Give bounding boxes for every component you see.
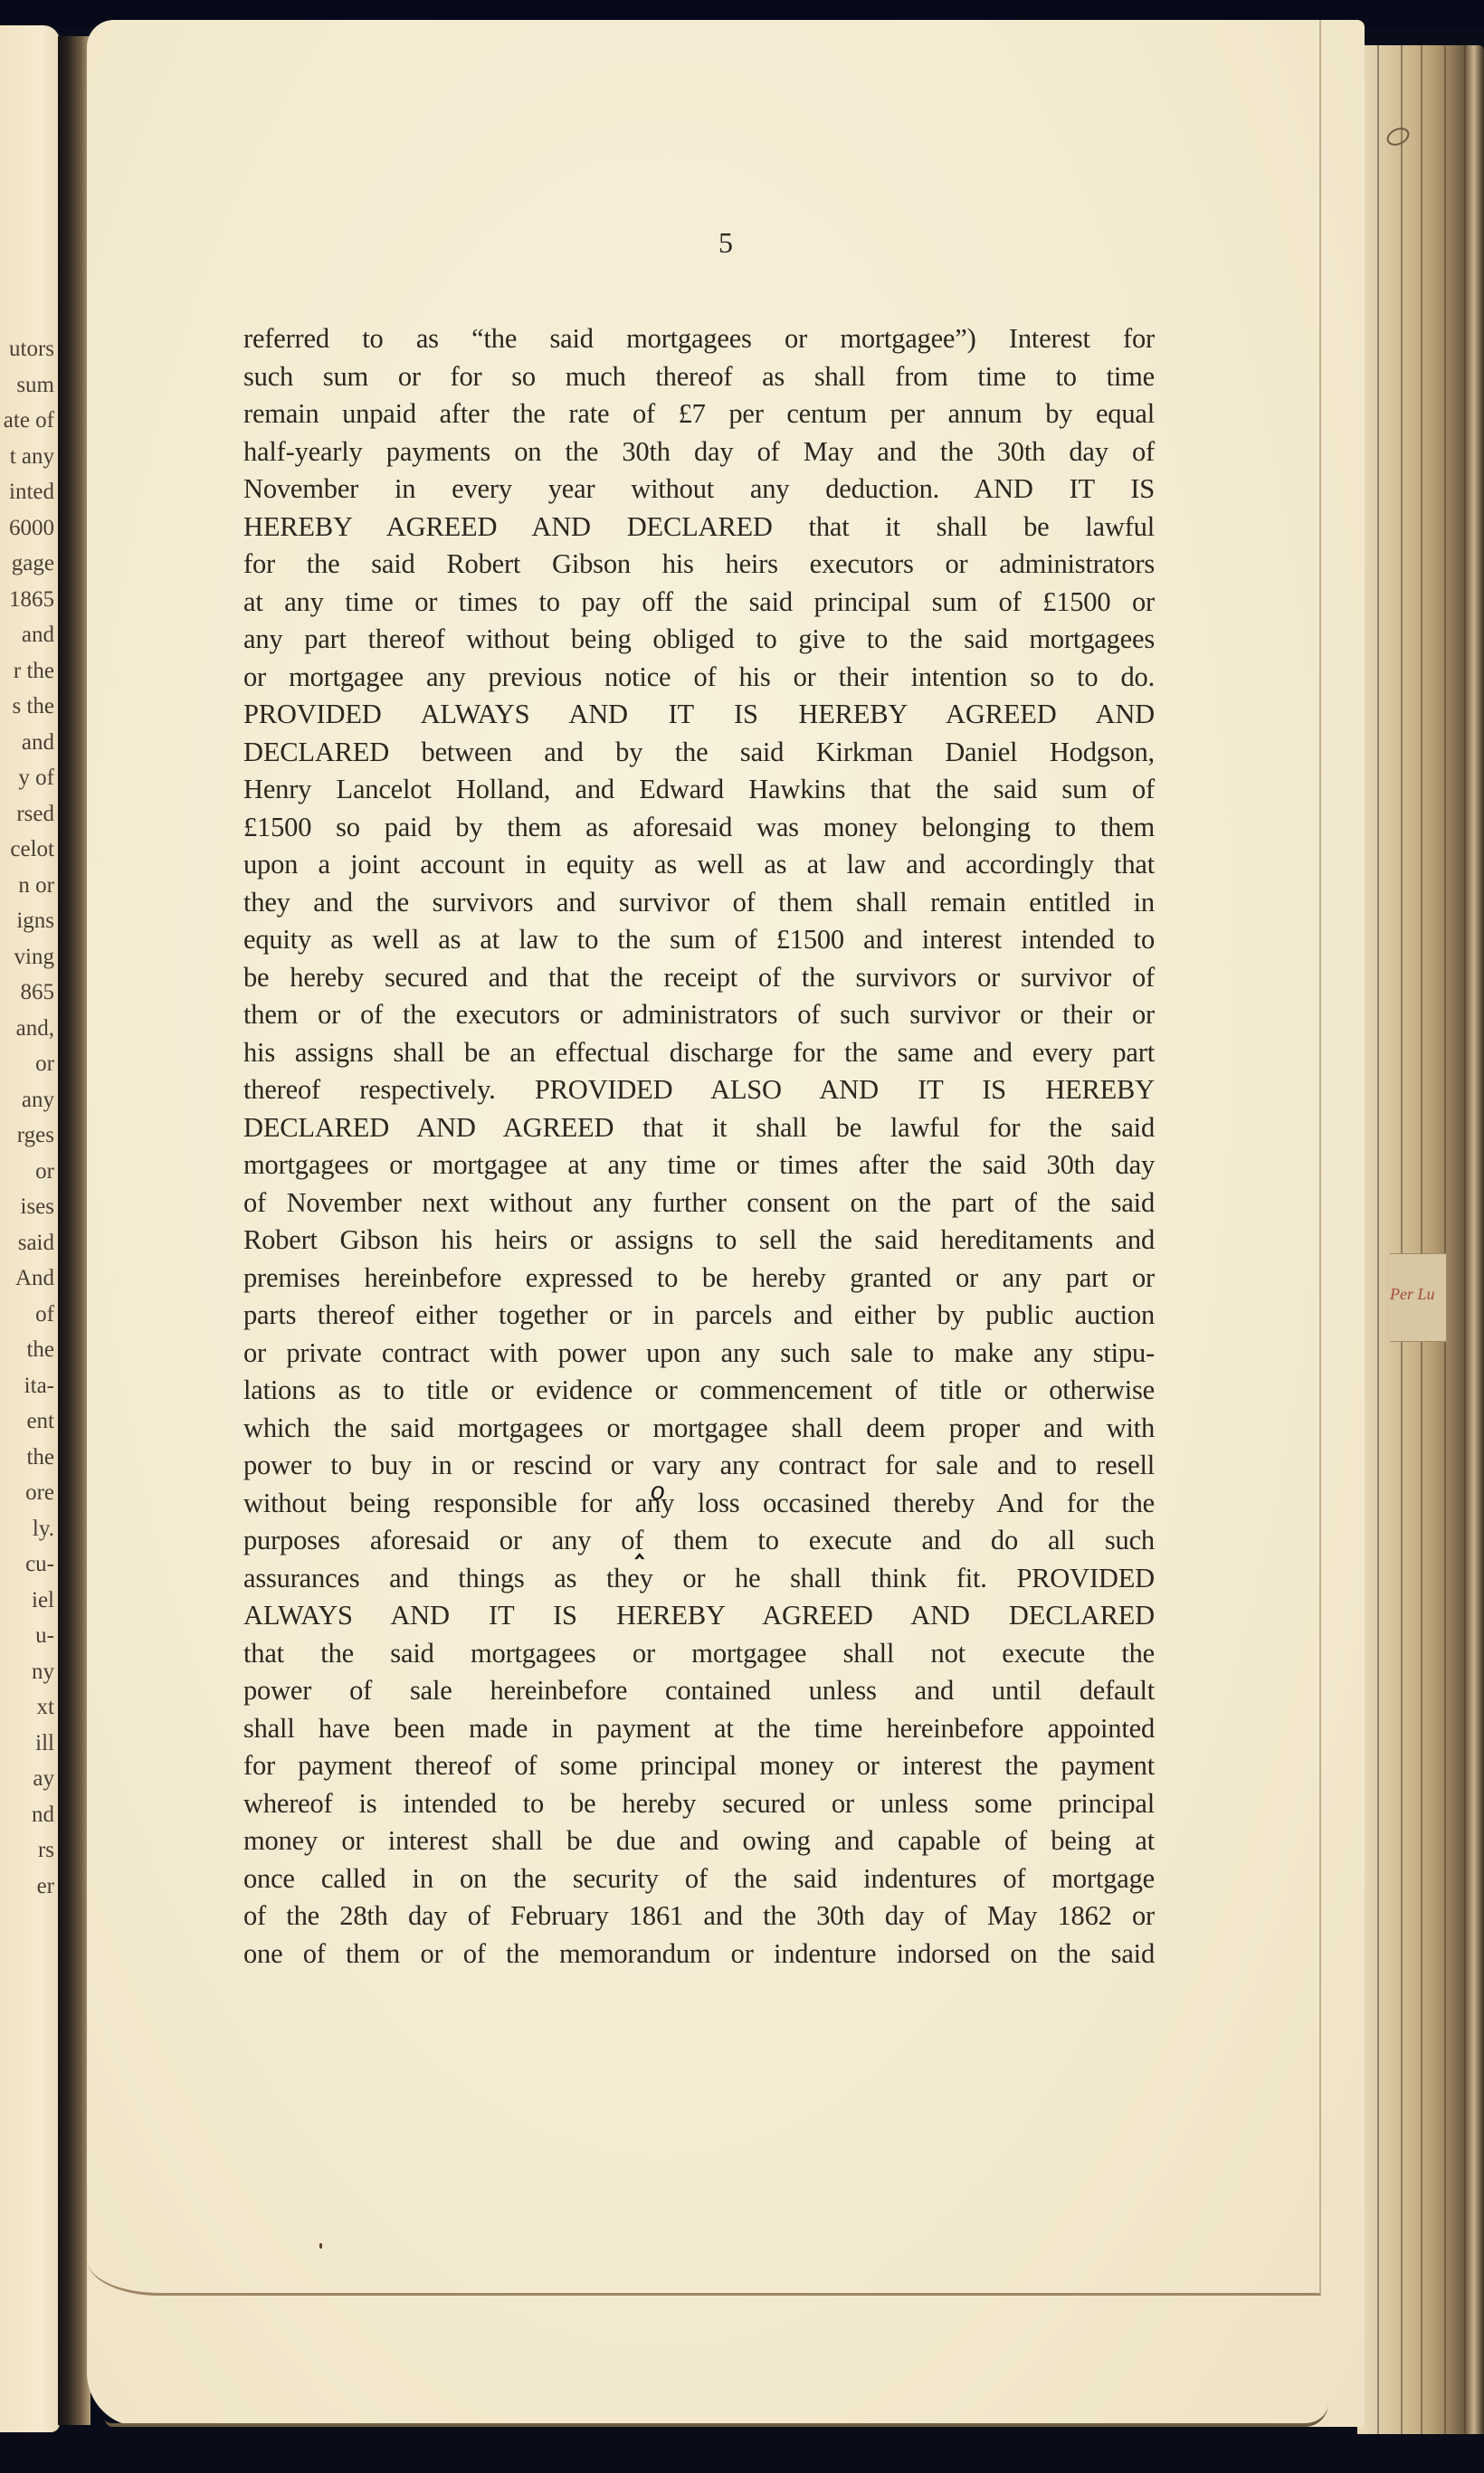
left-fragment: ore (4, 1475, 54, 1511)
left-fragment: cu- (4, 1546, 54, 1583)
text-line: them or of the executors or administrato… (243, 996, 1155, 1034)
page-edge-line (1444, 45, 1446, 2434)
book-scan-scene: utors sum ate of t any inted 6000 gage 1… (0, 0, 1484, 2473)
left-fragment: y of (4, 760, 54, 796)
left-fragment: rsed (4, 796, 54, 832)
left-fragment: 865 (4, 975, 54, 1011)
text-line: they and the survivors and survivor of t… (243, 884, 1155, 922)
left-fragment: gage (4, 546, 54, 582)
left-facing-page: utors sum ate of t any inted 6000 gage 1… (0, 25, 60, 2432)
handwritten-caret-icon: ‸ (635, 1529, 644, 1559)
left-fragment: utors (4, 331, 54, 367)
text-line: Henry Lancelot Holland, and Edward Hawki… (243, 771, 1155, 809)
text-line: £1500 so paid by them as aforesaid was m… (243, 809, 1155, 847)
left-fragment: ving (4, 939, 54, 975)
text-line: or mortgagee any previous notice of his … (243, 659, 1155, 697)
text-line: which the said mortgagees or mortgagee s… (243, 1410, 1155, 1448)
text-line: PROVIDED ALWAYS AND IT IS HEREBY AGREED … (243, 696, 1155, 734)
text-line: for the said Robert Gibson his heirs exe… (243, 546, 1155, 584)
left-fragment: rs (4, 1832, 54, 1869)
left-fragment: 6000 (4, 510, 54, 547)
text-line: of the 28th day of February 1861 and the… (243, 1898, 1155, 1936)
text-line: purposes aforesaid or any of them to exe… (243, 1522, 1155, 1560)
edge-tab: Per Lu (1390, 1253, 1447, 1342)
text-line: ALWAYS AND IT IS HEREBY AGREED AND DECLA… (243, 1597, 1155, 1635)
main-page: 5 referred to as “the said mortgagees or… (87, 20, 1365, 2427)
text-line: such sum or for so much thereof as shall… (243, 358, 1155, 396)
text-line: shall have been made in payment at the t… (243, 1710, 1155, 1748)
left-fragment: sum (4, 367, 54, 404)
handwritten-correction-letter: o (651, 1477, 665, 1506)
text-line: for payment thereof of some principal mo… (243, 1747, 1155, 1785)
left-fragment: ate of (4, 403, 54, 439)
text-line: HEREBY AGREED AND DECLARED that it shall… (243, 509, 1155, 547)
left-fragment: n or (4, 868, 54, 904)
left-fragment: ill (4, 1726, 54, 1762)
left-fragment: ita- (4, 1368, 54, 1404)
left-fragment: and (4, 617, 54, 653)
edge-tab-label: Per Lu (1390, 1285, 1435, 1304)
text-line: at any time or times to pay off the said… (243, 584, 1155, 622)
text-line: power to buy in or rescind or vary any c… (243, 1447, 1155, 1485)
left-fragment: or (4, 1046, 54, 1082)
text-line: remain unpaid after the rate of £7 per c… (243, 395, 1155, 433)
left-fragment: inted (4, 474, 54, 510)
left-fragment: ly. (4, 1511, 54, 1547)
page-bottom-edge (105, 2403, 1328, 2427)
text-line: lations as to title or evidence or comme… (243, 1372, 1155, 1410)
left-fragment: the (4, 1440, 54, 1476)
left-fragment: rges (4, 1118, 54, 1154)
text-line: or private contract with power upon any … (243, 1335, 1155, 1373)
text-line: one of them or of the memorandum or inde… (243, 1936, 1155, 1974)
left-fragment: iel (4, 1583, 54, 1619)
left-fragment: er (4, 1869, 54, 1905)
page-number: 5 (87, 226, 1365, 260)
text-line: once called in on the security of the sa… (243, 1860, 1155, 1898)
text-line: mortgagees or mortgagee at any time or t… (243, 1146, 1155, 1184)
pencil-loop-mark-icon (1384, 124, 1412, 148)
text-line: referred to as “the said mortgagees or m… (243, 320, 1155, 358)
left-fragment: xt (4, 1689, 54, 1726)
left-fragment: of (4, 1297, 54, 1333)
page-edge-line (1421, 45, 1422, 2434)
left-fragment: u- (4, 1618, 54, 1654)
left-fragment: the (4, 1332, 54, 1368)
left-fragment: ent (4, 1403, 54, 1440)
text-line: premises hereinbefore expressed to be he… (243, 1260, 1155, 1298)
left-fragment: said (4, 1225, 54, 1261)
page-edge-line (1464, 45, 1466, 2434)
text-line: money or interest shall be due and owing… (243, 1822, 1155, 1860)
left-fragment: And (4, 1260, 54, 1297)
text-line: November in every year without any deduc… (243, 471, 1155, 509)
text-line: his assigns shall be an effectual discha… (243, 1034, 1155, 1072)
left-fragment: r the (4, 653, 54, 690)
page-edge-line (1377, 45, 1379, 2434)
text-line: thereof respectively. PROVIDED ALSO AND … (243, 1071, 1155, 1109)
left-fragment: any (4, 1082, 54, 1118)
book-gutter-shadow (58, 36, 90, 2425)
text-line: that the said mortgagees or mortgagee sh… (243, 1635, 1155, 1673)
left-page-text-fragments: utors sum ate of t any inted 6000 gage 1… (4, 331, 54, 1904)
left-fragment: and (4, 725, 54, 761)
left-fragment: and, (4, 1011, 54, 1047)
left-fragment: igns (4, 903, 54, 939)
left-fragment: or (4, 1154, 54, 1190)
text-line: equity as well as at law to the sum of £… (243, 921, 1155, 959)
text-line: DECLARED AND AGREED that it shall be law… (243, 1109, 1155, 1147)
left-fragment: 1865 (4, 582, 54, 618)
page-edge-line (1401, 45, 1403, 2434)
text-line: Robert Gibson his heirs or assigns to se… (243, 1222, 1155, 1260)
text-line: be hereby secured and that the receipt o… (243, 959, 1155, 997)
text-line: of November next without any further con… (243, 1184, 1155, 1222)
left-fragment: ny (4, 1654, 54, 1690)
ink-speck (319, 2243, 322, 2249)
left-fragment: celot (4, 832, 54, 868)
left-fragment: ay (4, 1761, 54, 1797)
text-line: half-yearly payments on the 30th day of … (243, 433, 1155, 471)
body-text: referred to as “the said mortgagees or m… (243, 320, 1155, 1973)
text-line: without being responsible for any loss o… (243, 1485, 1155, 1523)
left-fragment: s the (4, 689, 54, 725)
text-line: DECLARED between and by the said Kirkman… (243, 734, 1155, 772)
left-fragment: t any (4, 439, 54, 475)
text-line: assurances and things as they or he shal… (243, 1560, 1155, 1598)
text-line: whereof is intended to be hereby secured… (243, 1785, 1155, 1823)
page-stack-edge: Per Lu (1357, 45, 1484, 2434)
text-line: parts thereof either together or in parc… (243, 1297, 1155, 1335)
text-line: power of sale hereinbefore contained unl… (243, 1672, 1155, 1710)
text-line: any part thereof without being obliged t… (243, 621, 1155, 659)
left-fragment: ises (4, 1189, 54, 1225)
left-fragment: nd (4, 1797, 54, 1833)
text-line: upon a joint account in equity as well a… (243, 846, 1155, 884)
